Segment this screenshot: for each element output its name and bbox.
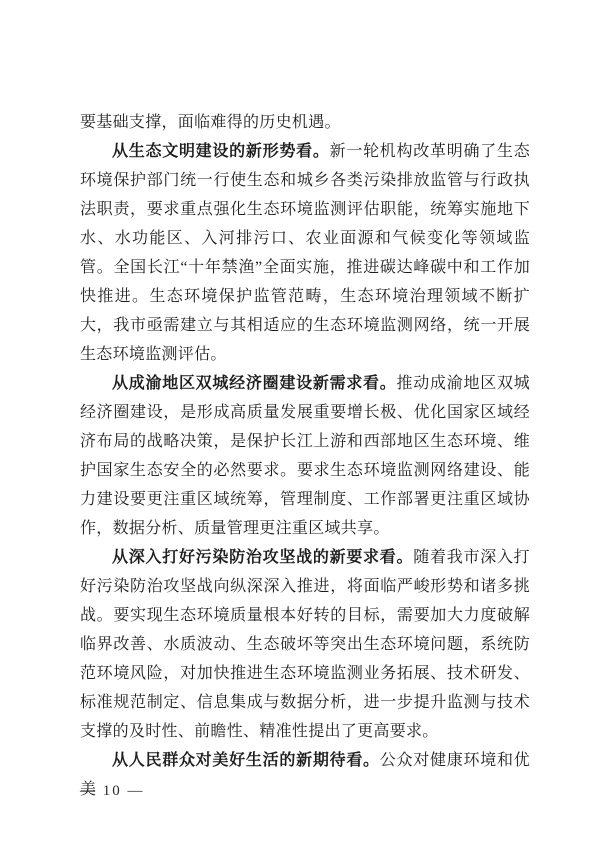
paragraph-text: 新一轮机构改革明确了生态环境保护部门统一行使生态和城乡各类污染排放监管与行政执法…: [80, 143, 530, 363]
paragraph-text: 推动成渝地区双城经济圈建设，是形成高质量发展重要增长极、优化国家区域经济布局的战…: [80, 375, 530, 537]
paragraph-chengyu-economic-circle: 从成渝地区双城经济圈建设新需求看。推动成渝地区双城经济圈建设，是形成高质量发展重…: [80, 369, 530, 543]
paragraph-text: 随着我市深入打好污染防治攻坚战向纵深深入推进，将面临严峻形势和诸多挑战。要实现生…: [80, 549, 530, 740]
paragraph-pollution-control: 从深入打好污染防治攻坚战的新要求看。随着我市深入打好污染防治攻坚战向纵深深入推进…: [80, 543, 530, 746]
paragraph-lead: 从生态文明建设的新形势看。: [112, 143, 330, 160]
paragraph-ecological-civilization: 从生态文明建设的新形势看。新一轮机构改革明确了生态环境保护部门统一行使生态和城乡…: [80, 137, 530, 369]
paragraph-public-expectation: 从人民群众对美好生活的新期待看。公众对健康环境和优美: [80, 746, 530, 804]
paragraph-lead: 从人民群众对美好生活的新期待看。: [112, 752, 380, 769]
paragraph-lead: 从成渝地区双城经济圈建设新需求看。: [112, 375, 397, 392]
document-body: 要基础支撑，面临难得的历史机遇。 从生态文明建设的新形势看。新一轮机构改革明确了…: [80, 108, 530, 804]
page-number: — 10 —: [80, 783, 145, 799]
paragraph-text: 要基础支撑，面临难得的历史机遇。: [80, 114, 341, 131]
paragraph-lead: 从深入打好污染防治攻坚战的新要求看。: [112, 549, 413, 566]
page-footer: — 10 —: [80, 783, 145, 800]
document-page: 要基础支撑，面临难得的历史机遇。 从生态文明建设的新形势看。新一轮机构改革明确了…: [0, 0, 600, 848]
paragraph-continuation: 要基础支撑，面临难得的历史机遇。: [80, 108, 530, 137]
